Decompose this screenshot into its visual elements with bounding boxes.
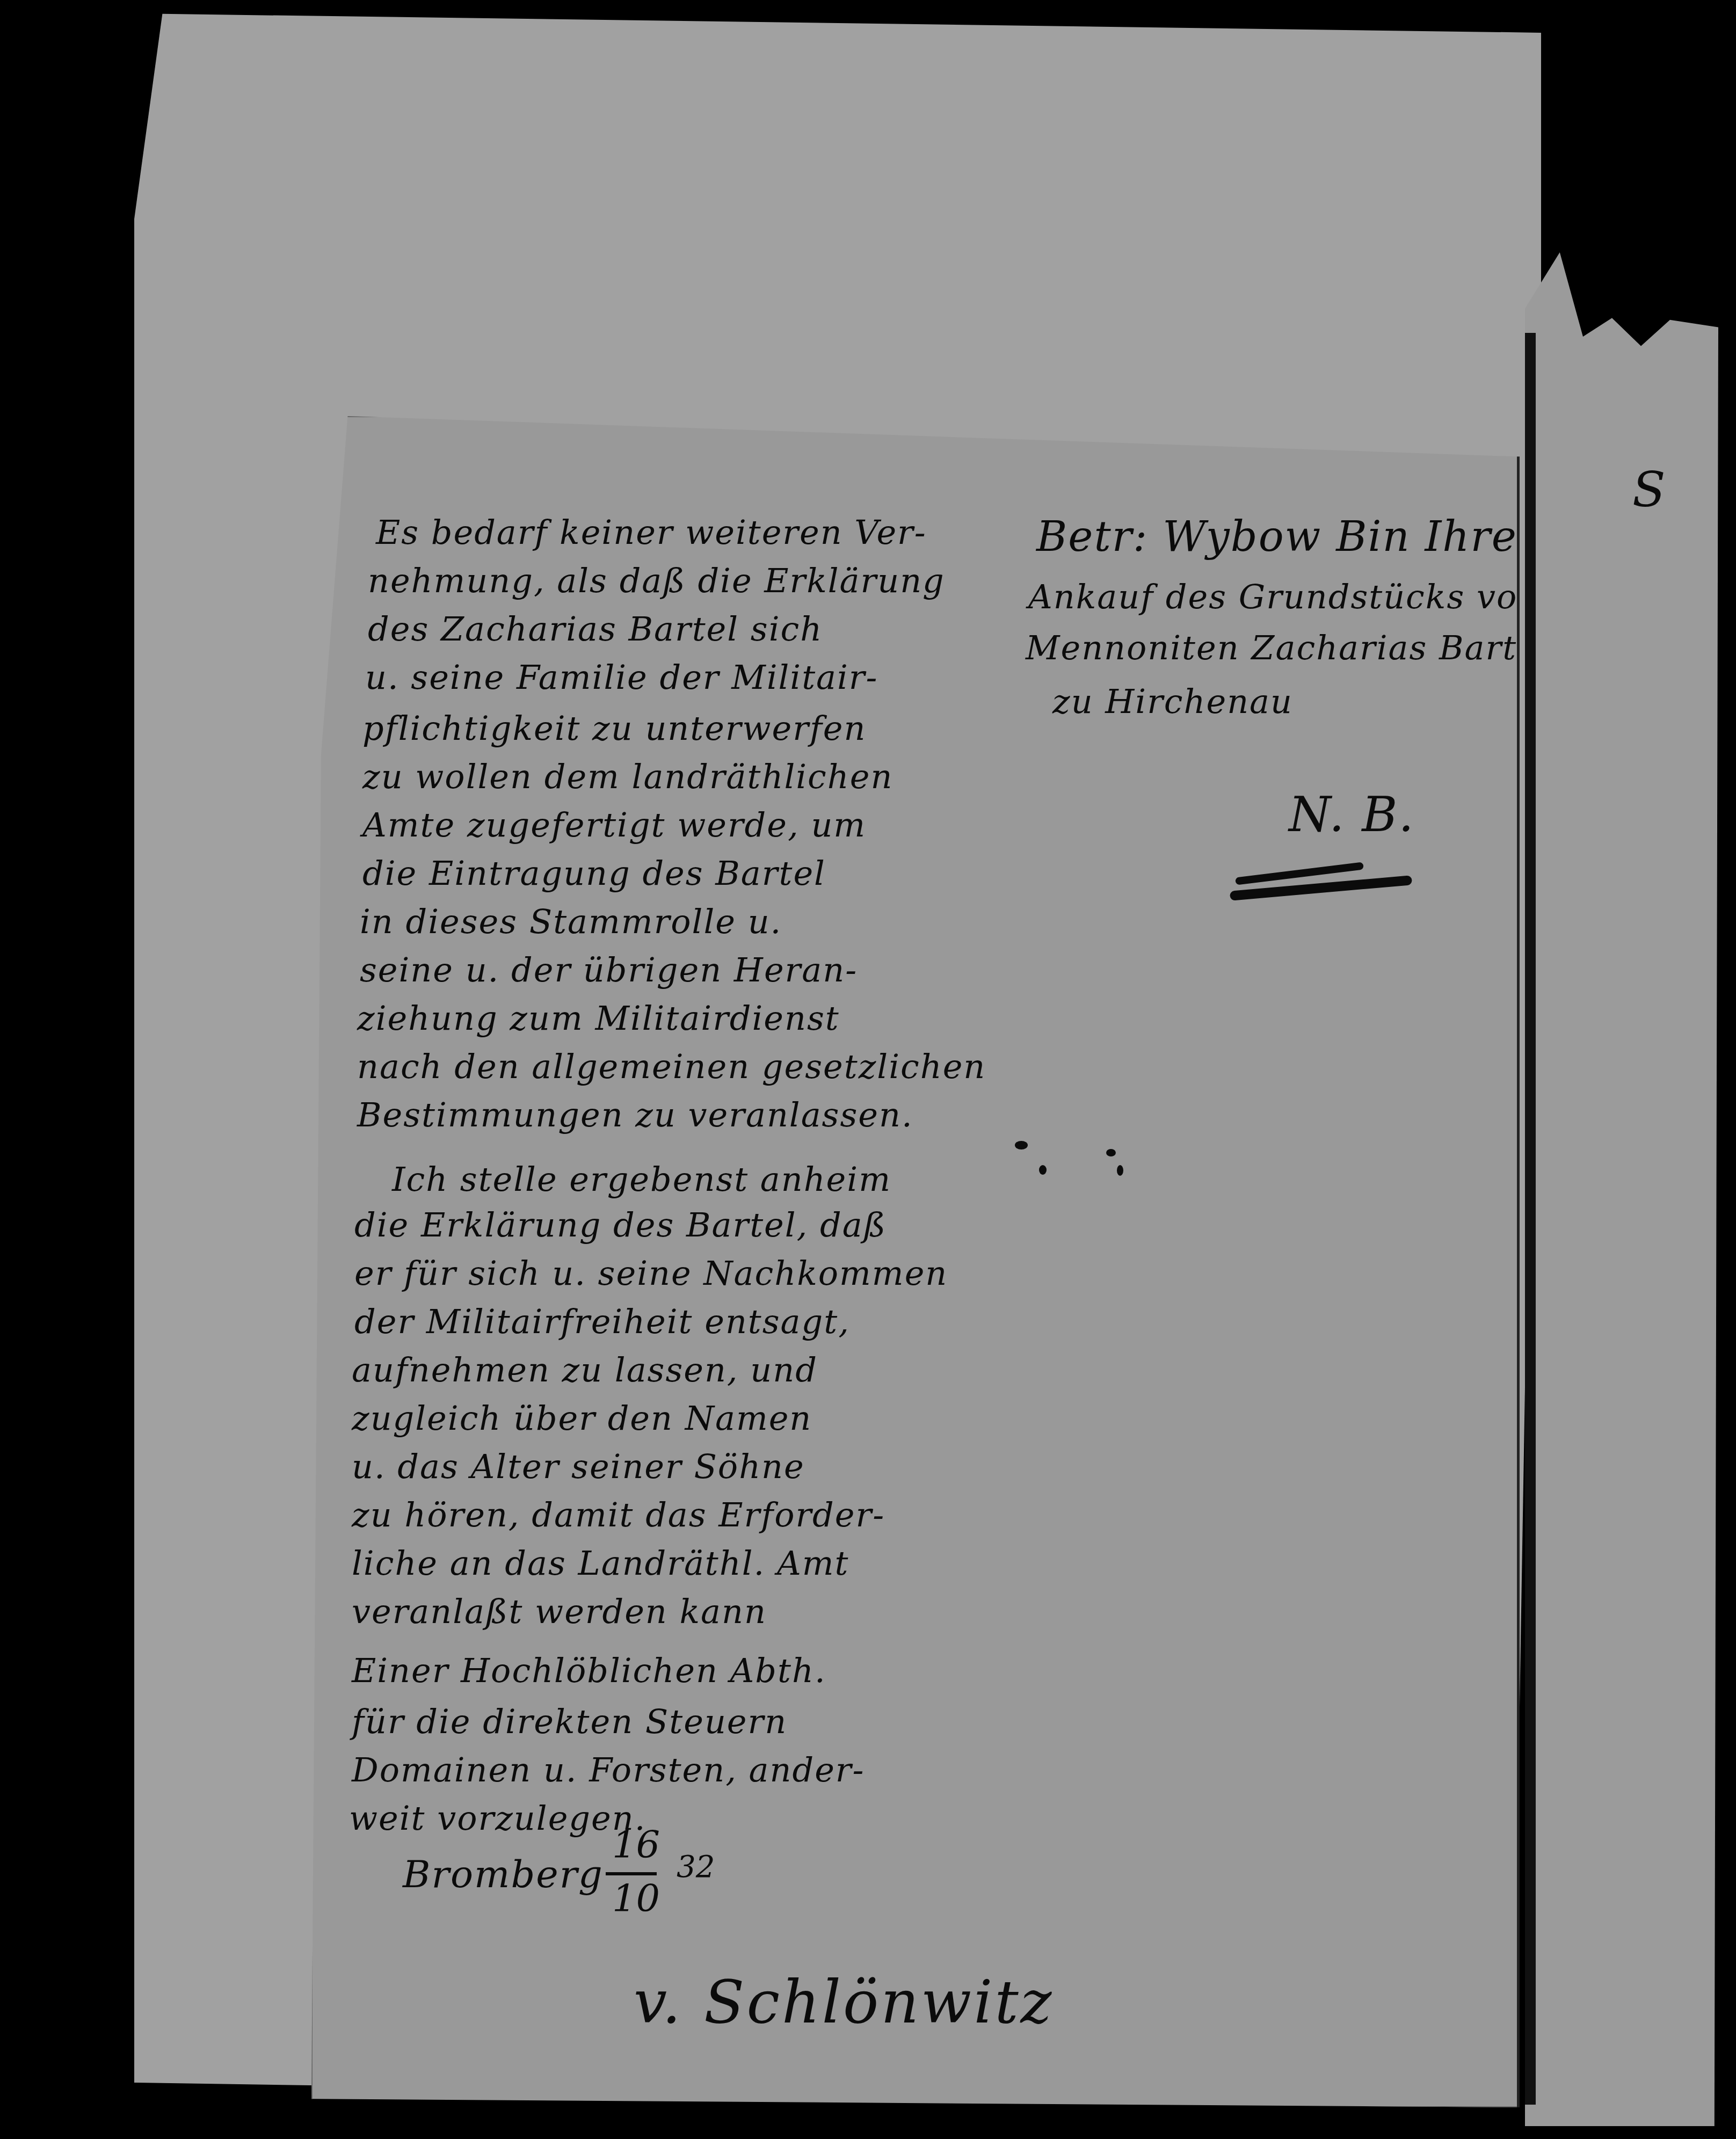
- signature: v. Schlönwitz: [634, 1968, 1054, 2036]
- body-line: pflichtigkeit zu unterwerfen: [362, 709, 866, 748]
- body-line: veranlaßt werden kann: [352, 1592, 767, 1631]
- body-line: des Zacharias Bartel sich: [368, 609, 823, 649]
- body-line: der Militairfreiheit entsagt,: [354, 1302, 850, 1341]
- body-line: ziehung zum Militairdienst: [357, 999, 840, 1038]
- body-line: u. das Alter seiner Söhne: [352, 1447, 805, 1486]
- ink-blot: [1039, 1165, 1047, 1175]
- date-year: 32: [677, 1850, 715, 1885]
- body-line: liche an das Landräthl. Amt: [352, 1544, 849, 1583]
- body-line: Domainen u. Forsten, ander-: [352, 1750, 865, 1789]
- date-month: 10: [612, 1876, 660, 1920]
- strip-partial-text: S: [1632, 462, 1666, 518]
- strip-fold-shadow: [1525, 333, 1536, 2105]
- ink-blot: [1117, 1165, 1123, 1176]
- place-name: Bromberg: [403, 1852, 604, 1896]
- body-line: u. seine Familie der Militair-: [365, 658, 878, 697]
- body-line: für die direkten Steuern: [352, 1702, 787, 1741]
- subject-line: Mennoniten Zacharias Bartel: [1026, 628, 1550, 667]
- body-line: nach den allgemeinen gesetzlichen: [357, 1047, 986, 1086]
- body-line: nehmung, als daß die Erklärung: [368, 561, 945, 600]
- registry-mark: N. B.: [1289, 787, 1415, 843]
- body-line: in dieses Stammrolle u.: [360, 902, 782, 941]
- ink-blot: [1106, 1149, 1116, 1156]
- body-line: die Eintragung des Bartel: [362, 854, 826, 893]
- body-line: Amte zugefertigt werde, um: [362, 805, 866, 845]
- front-paper-sheet: Es bedarf keiner weiteren Ver- nehmung, …: [311, 416, 1520, 2107]
- ink-blot: [1015, 1141, 1028, 1149]
- body-line: zu wollen dem landräthlichen: [362, 757, 893, 796]
- date-fraction-bar: [606, 1872, 657, 1875]
- subject-line: Betr: Wybow Bin Ihre: [1036, 513, 1517, 561]
- body-line: Bestimmungen zu veranlassen.: [357, 1095, 913, 1134]
- date-day: 16: [612, 1823, 660, 1867]
- right-paper-strip: S: [1525, 252, 1718, 2126]
- body-line: weit vorzulegen.: [349, 1799, 646, 1838]
- body-line: Es bedarf keiner weiteren Ver-: [376, 513, 927, 552]
- body-line: Ich stelle ergebenst anheim: [392, 1160, 891, 1199]
- body-line: Einer Hochlöblichen Abth.: [352, 1651, 826, 1690]
- body-line: aufnehmen zu lassen, und: [352, 1350, 818, 1389]
- subject-line: zu Hirchenau: [1052, 682, 1293, 721]
- body-line: seine u. der übrigen Heran-: [360, 950, 858, 990]
- body-line: die Erklärung des Bartel, daß: [354, 1205, 887, 1245]
- body-line: zu hören, damit das Erforder-: [352, 1495, 885, 1534]
- body-line: er für sich u. seine Nachkommen: [354, 1254, 948, 1293]
- body-line: zugleich über den Namen: [352, 1399, 812, 1438]
